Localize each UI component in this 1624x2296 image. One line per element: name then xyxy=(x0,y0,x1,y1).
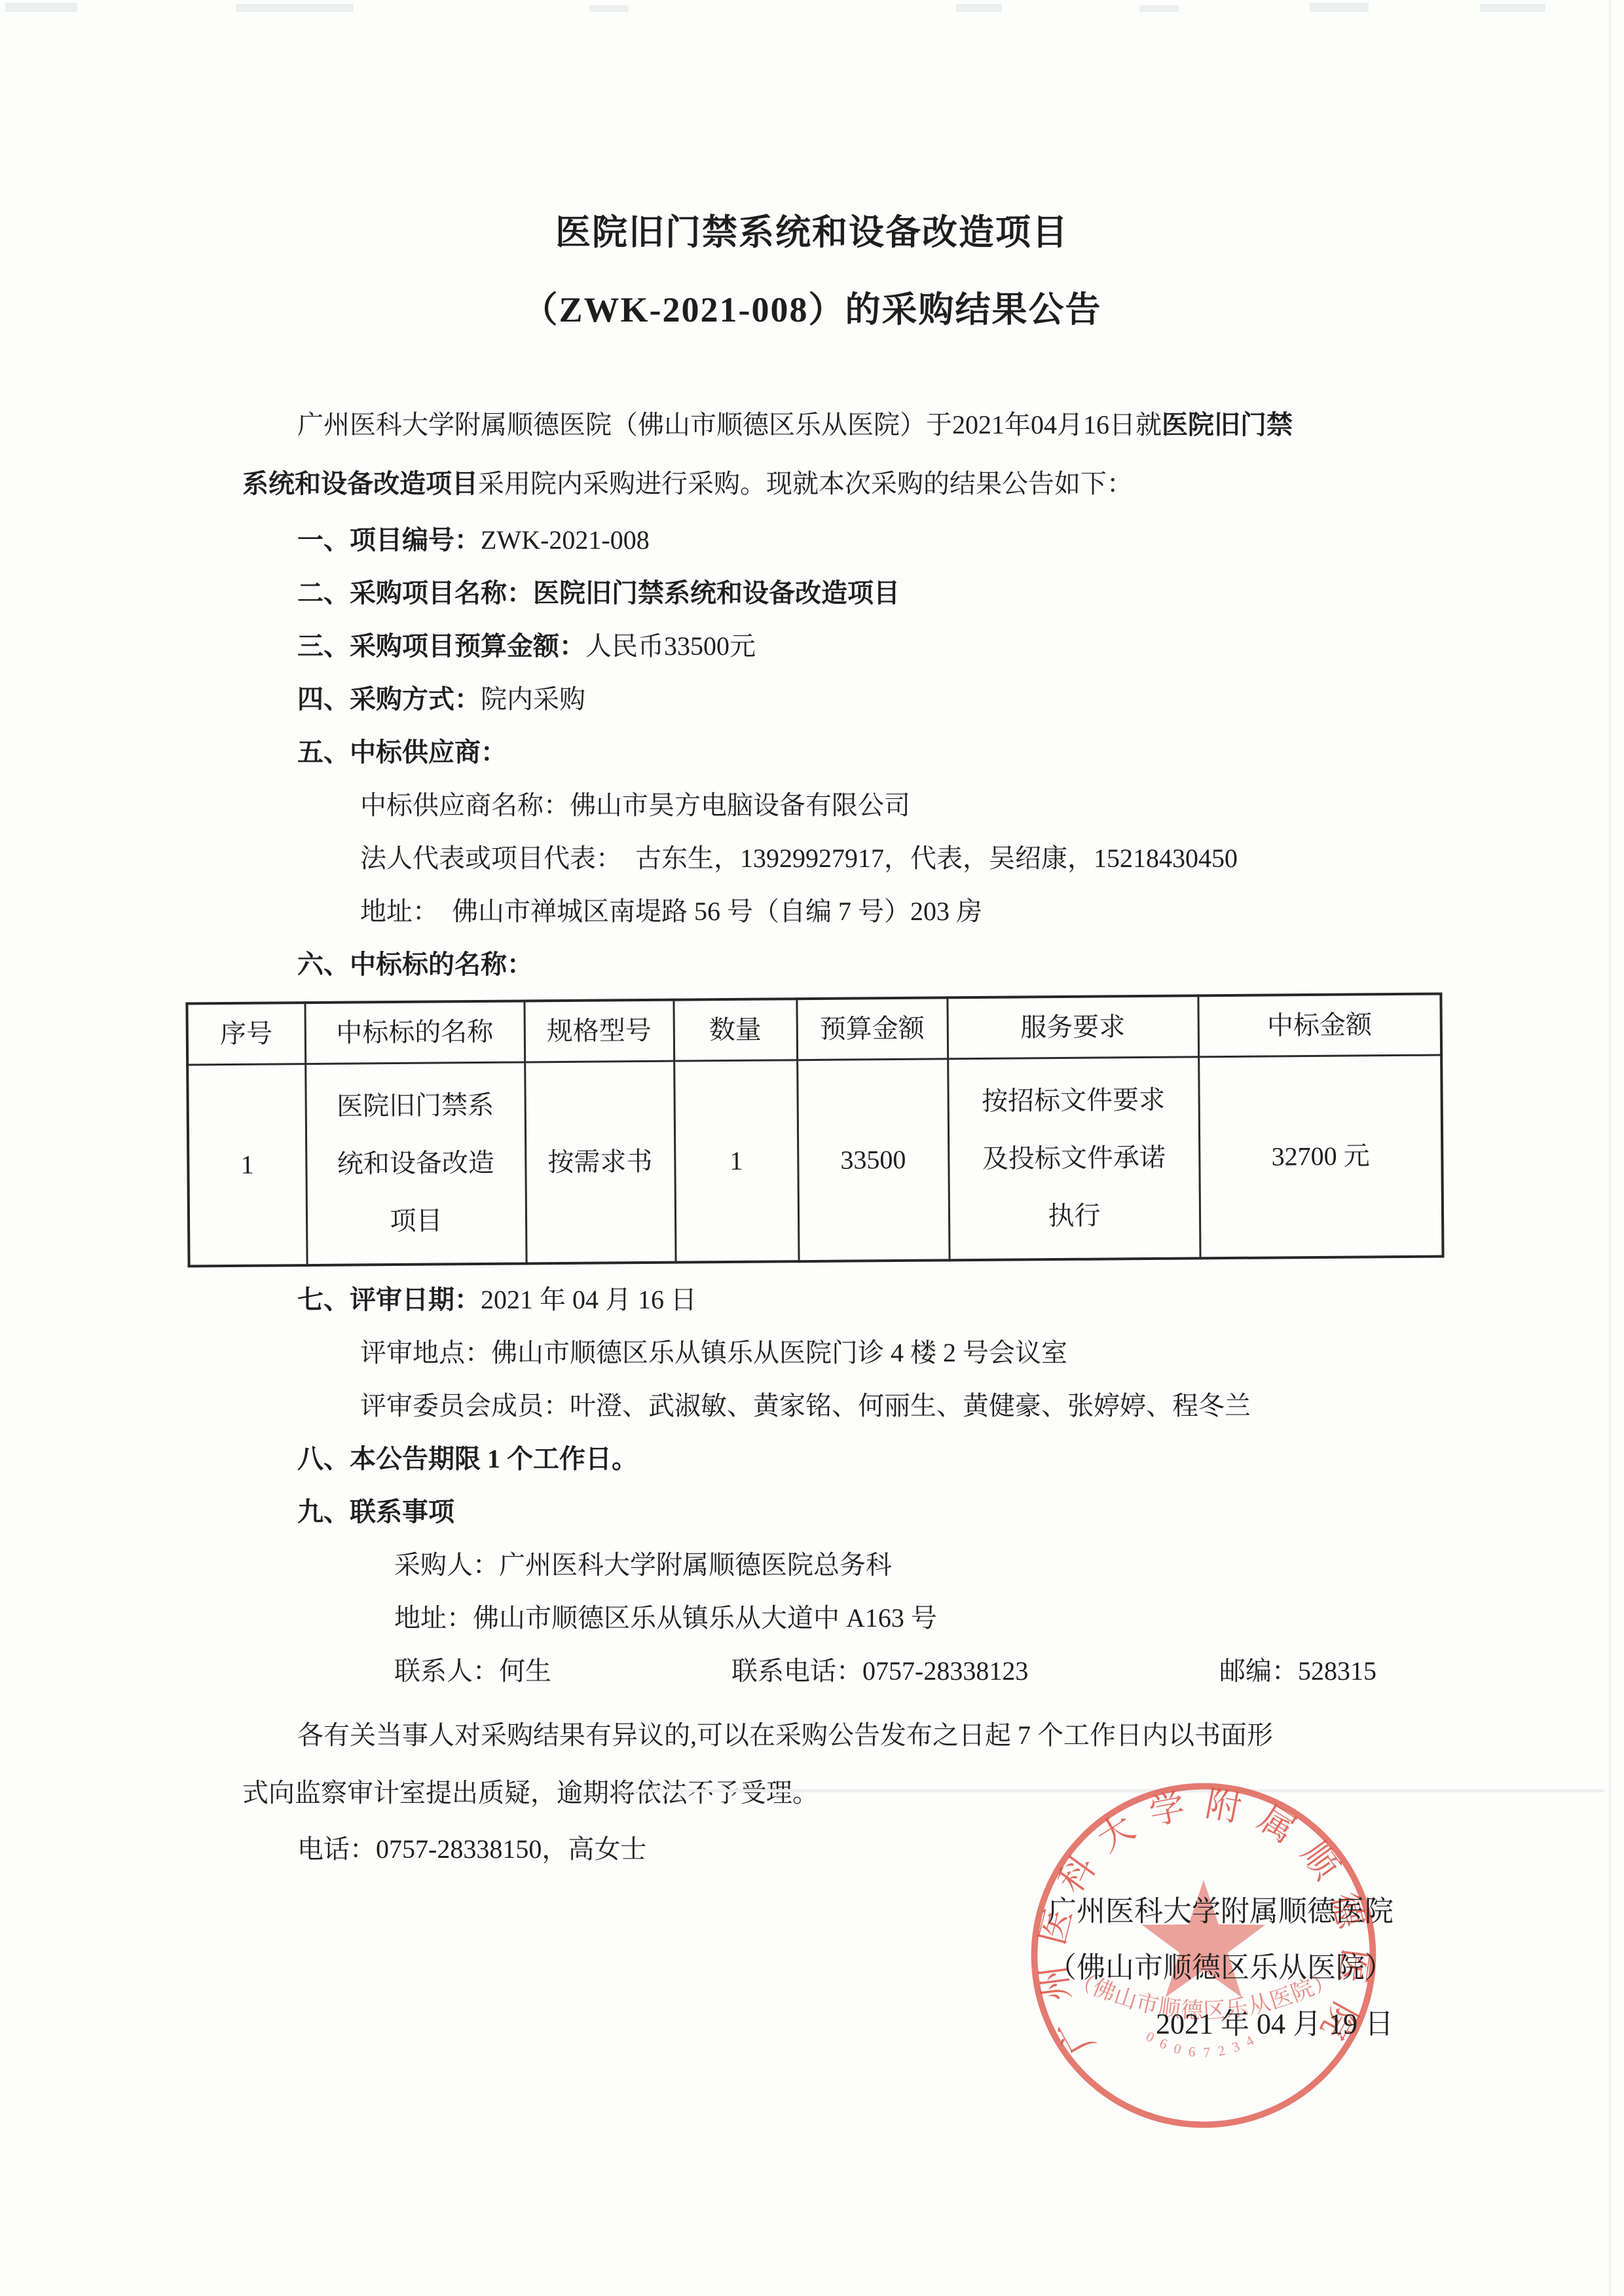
intro-text: 采用院内采购进行采购。现就本次采购的结果公告如下： xyxy=(478,469,1133,498)
supplier-name-line: 中标供应商名称：佛山市昊方电脑设备有限公司 xyxy=(242,779,1428,832)
supplier-representative-line: 法人代表或项目代表： 古东生，13929927917，代表，吴绍康，152184… xyxy=(242,832,1428,885)
cell-service: 按招标文件要求及投标文件承诺执行 xyxy=(948,1057,1200,1260)
sections-7-9: 七、评审日期：2021 年 04 月 16 日 评审地点：佛山市顺德区乐从镇乐从… xyxy=(242,1273,1428,1697)
item-value: ZWK-2021-008 xyxy=(481,525,650,555)
title-line-1: 医院旧门禁系统和设备改造项目 xyxy=(0,194,1624,271)
table-row: 1 医院旧门禁系统和设备改造项目 按需求书 1 33500 按招标文件要求及投标… xyxy=(187,1055,1443,1267)
signature-hospital-alias: （佛山市顺德区乐从医院） xyxy=(0,1940,1393,1996)
contact-phone: 联系电话：0757-28338123 xyxy=(731,1644,1219,1697)
scan-artifact xyxy=(5,3,77,12)
buyer-address-line: 地址：佛山市顺德区乐从镇乐从大道中 A163 号 xyxy=(242,1591,1428,1644)
intro-line-1: 广州医科大学附属顺德医院（佛山市顺德区乐从医院）于2021年04月16日就医院旧… xyxy=(242,396,1428,454)
cell-qty: 1 xyxy=(674,1060,798,1263)
scan-artifact xyxy=(956,4,1002,12)
item-value: 院内采购 xyxy=(481,684,585,714)
signature-hospital-name: 广州医科大学附属顺德医院 xyxy=(0,1883,1393,1940)
cell-spec: 按需求书 xyxy=(525,1061,675,1263)
cell-budget: 33500 xyxy=(797,1059,949,1261)
list-item-3: 三、采购项目预算金额：人民币33500元 xyxy=(242,620,1428,673)
scan-artifact xyxy=(1310,3,1369,12)
item-label: 五、中标供应商： xyxy=(297,737,507,767)
item-label: 一、项目编号： xyxy=(297,525,481,555)
contact-person: 联系人：何生 xyxy=(394,1644,731,1697)
header-cell-name: 中标标的名称 xyxy=(304,1001,525,1064)
intro-paragraph: 广州医科大学附属顺德医院（佛山市顺德区乐从医院）于2021年04月16日就医院旧… xyxy=(242,396,1428,513)
objection-line-1: 各有关当事人对采购结果有异议的,可以在采购公告发布之日起 7 个工作日内以书面形 xyxy=(242,1707,1428,1764)
contact-row: 联系人：何生联系电话：0757-28338123邮编：528315 xyxy=(242,1644,1428,1697)
signature-block: 广州医科大学附属顺德医院 （佛山市顺德区乐从医院） 2021 年 04 月 19… xyxy=(0,1883,1393,2052)
review-place-line: 评审地点：佛山市顺德区乐从镇乐从医院门诊 4 楼 2 号会议室 xyxy=(242,1326,1428,1379)
intro-text: 广州医科大学附属顺德医院（佛山市顺德区乐从医院）于2021年04月16日就 xyxy=(297,410,1162,439)
header-cell-service: 服务要求 xyxy=(947,995,1198,1059)
numbered-items: 一、项目编号：ZWK-2021-008 二、采购项目名称：医院旧门禁系统和设备改… xyxy=(242,513,1428,991)
document-title: 医院旧门禁系统和设备改造项目 （ZWK-2021-008）的采购结果公告 xyxy=(0,0,1624,348)
item-label: 二、采购项目名称： xyxy=(297,578,533,608)
title-line-2: （ZWK-2021-008）的采购结果公告 xyxy=(0,271,1624,348)
buyer-line: 采购人：广州医科大学附属顺德医院总务科 xyxy=(242,1538,1428,1591)
review-committee-line: 评审委员会成员：叶澄、武淑敏、黄家铭、何丽生、黄健豪、张婷婷、程冬兰 xyxy=(242,1379,1428,1432)
item-value: 医院旧门禁系统和设备改造项目 xyxy=(533,578,900,608)
cell-name: 医院旧门禁系统和设备改造项目 xyxy=(305,1062,526,1265)
item-value: 人民币33500元 xyxy=(585,631,756,661)
list-item-7: 七、评审日期：2021 年 04 月 16 日 xyxy=(242,1273,1428,1326)
signature-section: 广州医科大学附属顺德医院 （佛山市顺德区乐从医院） 06067234 广州医科大… xyxy=(0,1883,1624,2080)
list-item-8: 八、本公告期限 1 个工作日。 xyxy=(242,1432,1428,1485)
item-label: 七、评审日期： xyxy=(297,1285,481,1314)
list-item-2: 二、采购项目名称：医院旧门禁系统和设备改造项目 xyxy=(242,566,1428,620)
header-cell-qty: 数量 xyxy=(673,999,797,1061)
scan-artifact xyxy=(1139,5,1179,12)
header-cell-award-amount: 中标金额 xyxy=(1198,993,1441,1056)
intro-project-name-bold: 医院旧门禁 xyxy=(1162,410,1293,439)
list-item-6: 六、中标标的名称： xyxy=(242,938,1428,991)
cell-award-amount: 32700 元 xyxy=(1198,1055,1443,1258)
item-value: 2021 年 04 月 16 日 xyxy=(481,1285,697,1314)
table-header-row: 序号 中标标的名称 规格型号 数量 预算金额 服务要求 中标金额 xyxy=(187,993,1441,1065)
scanned-document-page: 医院旧门禁系统和设备改造项目 （ZWK-2021-008）的采购结果公告 广州医… xyxy=(0,0,1624,2296)
item-label: 六、中标标的名称： xyxy=(297,950,533,979)
list-item-4: 四、采购方式：院内采购 xyxy=(242,673,1428,726)
cell-seq: 1 xyxy=(187,1064,306,1267)
item-label: 三、采购项目预算金额： xyxy=(297,631,585,661)
scan-artifact xyxy=(1480,4,1545,12)
header-cell-spec: 规格型号 xyxy=(524,1000,674,1062)
header-cell-seq: 序号 xyxy=(187,1003,305,1065)
intro-project-name-bold: 系统和设备改造项目 xyxy=(242,469,478,498)
scan-artifact xyxy=(589,5,629,12)
scan-artifact xyxy=(236,4,354,12)
signature-date: 2021 年 04 月 19 日 xyxy=(0,1996,1393,2052)
header-cell-budget: 预算金额 xyxy=(796,997,948,1060)
item-label: 四、采购方式： xyxy=(297,684,481,714)
contact-postcode: 邮编：528315 xyxy=(1219,1656,1376,1686)
supplier-address-line: 地址： 佛山市禅城区南堤路 56 号（自编 7 号）203 房 xyxy=(242,885,1428,938)
award-result-table: 序号 中标标的名称 规格型号 数量 预算金额 服务要求 中标金额 1 医院旧门禁… xyxy=(185,992,1444,1267)
list-item-9: 九、联系事项 xyxy=(242,1485,1428,1538)
intro-line-2: 系统和设备改造项目采用院内采购进行采购。现就本次采购的结果公告如下： xyxy=(242,454,1428,513)
list-item-5: 五、中标供应商： xyxy=(242,726,1428,779)
list-item-1: 一、项目编号：ZWK-2021-008 xyxy=(242,513,1428,566)
